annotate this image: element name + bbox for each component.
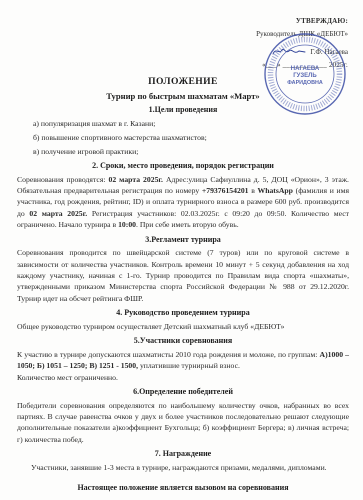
section-7-heading: 7. Награждение [17, 448, 349, 460]
section-5-note: Количество мест ограниченно. [17, 372, 349, 383]
section-2-paragraph: Соревнования проводятся: 02 марта 2025г.… [17, 174, 349, 231]
stamp-name-line-3: ФАРИДОВНА [287, 80, 323, 86]
stamp-name-line-2: ГУЗЕЛЬ [293, 73, 317, 79]
round-stamp: НАГАЕВА ГУЗЕЛЬ ФАРИДОВНА [263, 32, 347, 116]
list-item: б) повышение спортивного мастерства шахм… [33, 132, 349, 143]
section-7-paragraph: Участники, занявшие 1-3 места в турнире,… [17, 462, 349, 473]
section-5-paragraph: К участию в турнире допускаются шахматис… [17, 349, 349, 372]
goals-list: а) популяризация шахмат в г. Казани; б) … [17, 118, 349, 157]
section-6-heading: 6.Определение победителей [17, 386, 349, 398]
list-item: в) получение игровой практики; [33, 146, 349, 157]
footer-note: Настоящее положение является вызовом на … [17, 483, 349, 492]
section-3-heading: 3.Регламент турнира [17, 234, 349, 246]
section-4-heading: 4. Руководство проведением турнира [17, 307, 349, 319]
section-5-heading: 5.Участники соревнования [17, 335, 349, 347]
list-item: а) популяризация шахмат в г. Казани; [33, 118, 349, 129]
section-4-paragraph: Общее руководство турниром осуществляет … [17, 321, 349, 332]
section-3-paragraph: Соревнования проводится по швейцарской с… [17, 247, 349, 304]
document-page: УТВЕРЖДАЮ: Руководитель ДШК «ДЕБЮТ» Г.Ф.… [0, 0, 363, 500]
approval-title: УТВЕРЖДАЮ: [256, 17, 348, 26]
section-6-paragraph: Победители соревнования определяются по … [17, 400, 349, 446]
section-2-heading: 2. Сроки, место проведения, порядок реги… [17, 160, 349, 172]
stamp-name-line-1: НАГАЕВА [291, 66, 320, 72]
